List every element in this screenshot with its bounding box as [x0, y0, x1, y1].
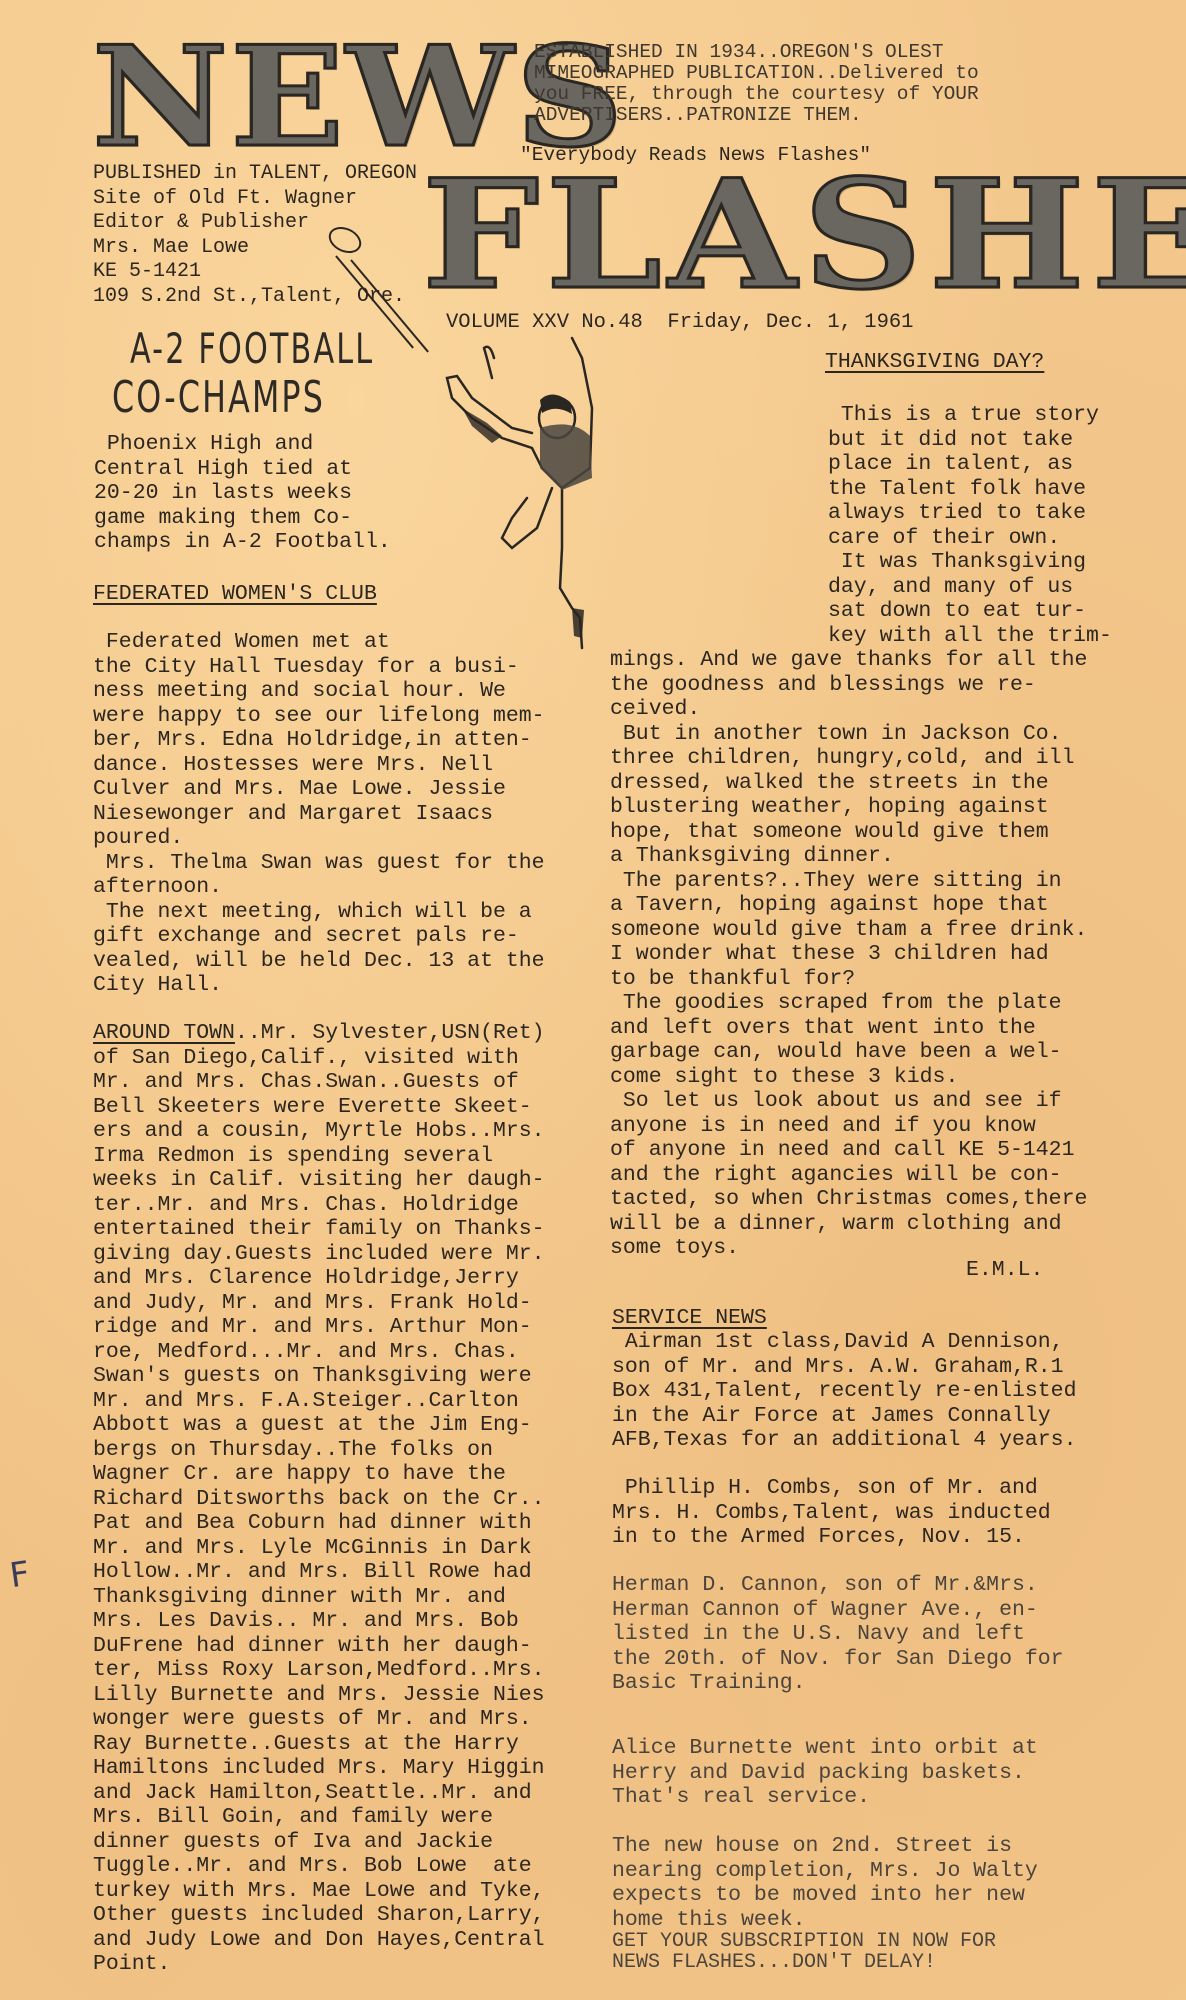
service-news-item: Airman 1st class,David A Dennison, son o… — [612, 1330, 1076, 1453]
football-headline-line1: A-2 FOOTBALL — [130, 324, 374, 373]
football-player-kicking-icon — [432, 318, 612, 658]
around-town-headline: AROUND TOWN — [93, 1021, 235, 1045]
football-body: Phoenix High and Central High tied at 20… — [94, 432, 391, 555]
womens-club-headline: FEDERATED WOMEN'S CLUB — [93, 582, 377, 607]
thanksgiving-body: mings. And we gave thanks for all the th… — [610, 648, 1087, 1261]
established-notice: ESTABLISHED IN 1934..OREGON'S OLEST MIME… — [534, 42, 979, 126]
womens-club-body: Federated Women met at the City Hall Tue… — [93, 630, 545, 998]
around-town-first-line: AROUND TOWN..Mr. Sylvester,USN(Ret) — [93, 1021, 545, 1046]
service-news-item: The new house on 2nd. Street is nearing … — [612, 1834, 1038, 1932]
football-headline-line2: CO-CHAMPS — [112, 372, 325, 423]
masthead-title-flashes: FLASHES — [422, 160, 1186, 310]
thanksgiving-body-top: This is a true story but it did not take… — [828, 403, 1112, 648]
thanksgiving-signature: E.M.L. — [966, 1258, 1043, 1283]
around-town-first-line-rest: ..Mr. Sylvester,USN(Ret) — [235, 1021, 545, 1045]
margin-handwritten-note: F — [7, 1554, 32, 1596]
subscription-notice: GET YOUR SUBSCRIPTION IN NOW FOR NEWS FL… — [612, 1931, 996, 1973]
publisher-info: PUBLISHED in TALENT, OREGON Site of Old … — [93, 162, 417, 309]
service-news-item: Phillip H. Combs, son of Mr. and Mrs. H.… — [612, 1476, 1051, 1550]
service-news-headline: SERVICE NEWS — [612, 1306, 767, 1331]
service-news-item: Herman D. Cannon, son of Mr.&Mrs. Herman… — [612, 1573, 1064, 1696]
service-news-item: Alice Burnette went into orbit at Herry … — [612, 1736, 1038, 1810]
around-town-body: of San Diego,Calif., visited with Mr. an… — [93, 1046, 545, 1977]
thanksgiving-headline: THANKSGIVING DAY? — [825, 350, 1044, 375]
